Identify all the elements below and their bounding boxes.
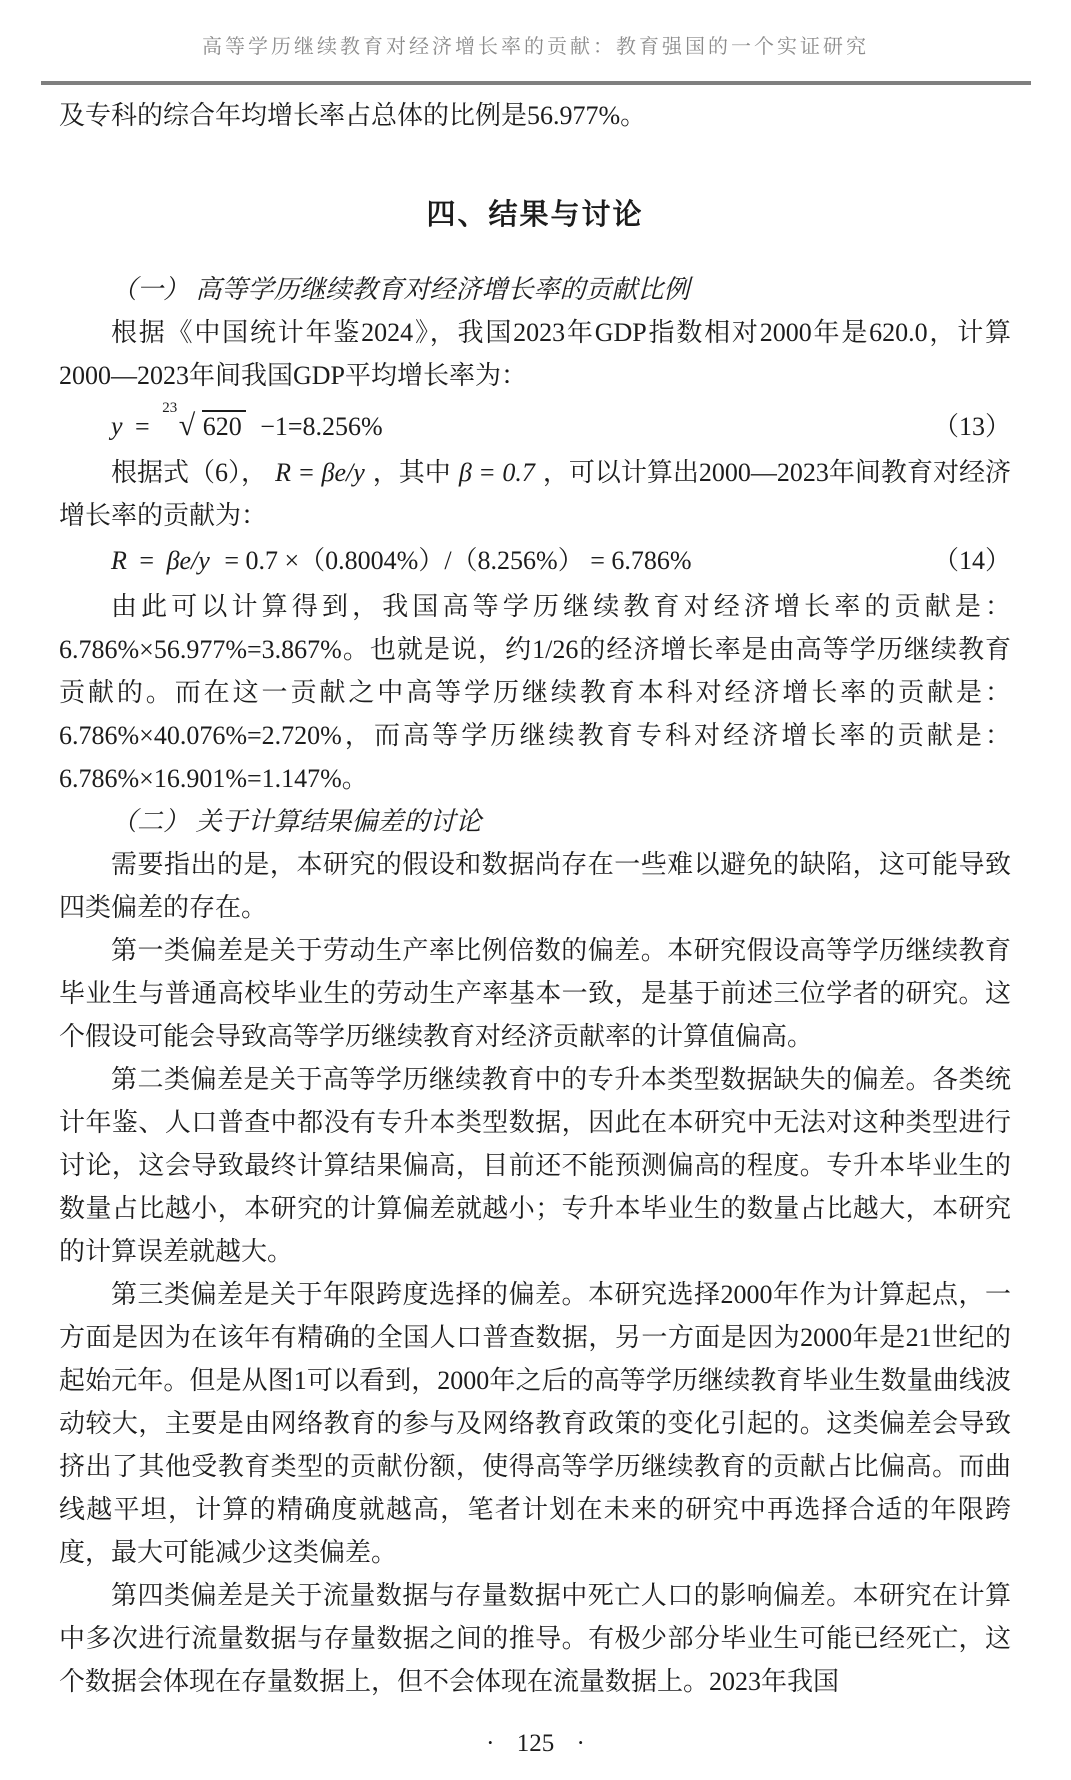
page-body: 及专科的综合年均增长率占总体的比例是56.977%。 四、结果与讨论 （一） 高… [59,94,1011,1703]
paragraph-bias-type4: 第四类偏差是关于流量数据与存量数据中死亡人口的影响偏差。本研究在计算中多次进行流… [59,1574,1011,1703]
page-footer: · 125 · [0,1730,1071,1758]
equation-13-number: （13） [933,403,1011,451]
equation-14-body: R = βe/y = 0.7 ×（0.8004%）/（8.256%） = 6.7… [111,537,692,585]
subsection-heading-bias-discussion: （二） 关于计算结果偏差的讨论 [59,800,1011,843]
radical-index: 23 [162,400,177,416]
equals-sign: = [139,546,154,575]
page-number: · 125 · [486,1730,585,1757]
equation-14-result: = 0.7 ×（0.8004%）/（8.256%） = 6.786% [224,546,691,575]
paragraph-bias-type3: 第三类偏差是关于年限跨度选择的偏差。本研究选择2000年作为计算起点，一方面是因… [59,1273,1011,1574]
equation-13: y = 23 √ 620 −1=8.256% （13） [59,397,1011,451]
equation-13-variable: y [111,412,123,441]
radicand-value: 620 [202,410,246,442]
paragraph-gdp-intro: 根据《中国统计年鉴2024》，我国2023年GDP指数相对2000年是620.0… [59,311,1011,397]
subsection-heading-contribution-ratio: （一） 高等学历继续教育对经济增长率的贡献比例 [59,268,1011,311]
carryover-paragraph-line: 及专科的综合年均增长率占总体的比例是56.977%。 [59,94,1011,137]
formula-intro-mid: ，其中 [373,458,451,487]
inline-math-beta-value: β = 0.7 [459,458,535,487]
page-header: 高等学历继续教育对经济增长率的贡献：教育强国的一个实证研究 [0,30,1071,85]
equation-13-body: y = 23 √ 620 −1=8.256% [111,397,383,451]
radical-expression: 23 √ 620 [162,412,252,441]
paragraph-contribution-result: 由此可以计算得到，我国高等学历继续教育对经济增长率的贡献是：6.786%×56.… [59,585,1011,800]
equation-14-variable: R [111,546,127,575]
running-head-title: 高等学历继续教育对经济增长率的贡献：教育强国的一个实证研究 [0,30,1071,59]
section-title-results-discussion: 四、结果与讨论 [59,193,1011,238]
header-divider-rule [41,81,1031,85]
equals-sign: = [135,412,150,441]
paragraph-bias-intro: 需要指出的是，本研究的假设和数据尚存在一些难以避免的缺陷，这可能导致四类偏差的存… [59,843,1011,929]
paragraph-bias-type1: 第一类偏差是关于劳动生产率比例倍数的偏差。本研究假设高等学历继续教育毕业生与普通… [59,929,1011,1058]
equation-14-math-term: βe/y [167,546,210,575]
paragraph-bias-type2: 第二类偏差是关于高等学历继续教育中的专升本类型数据缺失的偏差。各类统计年鉴、人口… [59,1058,1011,1273]
equation-14: R = βe/y = 0.7 ×（0.8004%）/（8.256%） = 6.7… [59,537,1011,585]
inline-math-R-beta-e-y: R = βe/y [275,458,365,487]
radical-sign-icon: √ [179,409,195,442]
equation-14-number: （14） [933,537,1011,585]
formula-intro-pre: 根据式（6）， [111,458,267,487]
document-page: 高等学历继续教育对经济增长率的贡献：教育强国的一个实证研究 及专科的综合年均增长… [0,0,1071,1780]
paragraph-formula-intro: 根据式（6），R = βe/y，其中β = 0.7，可以计算出2000—2023… [59,451,1011,537]
equation-13-result: −1=8.256% [260,412,382,441]
